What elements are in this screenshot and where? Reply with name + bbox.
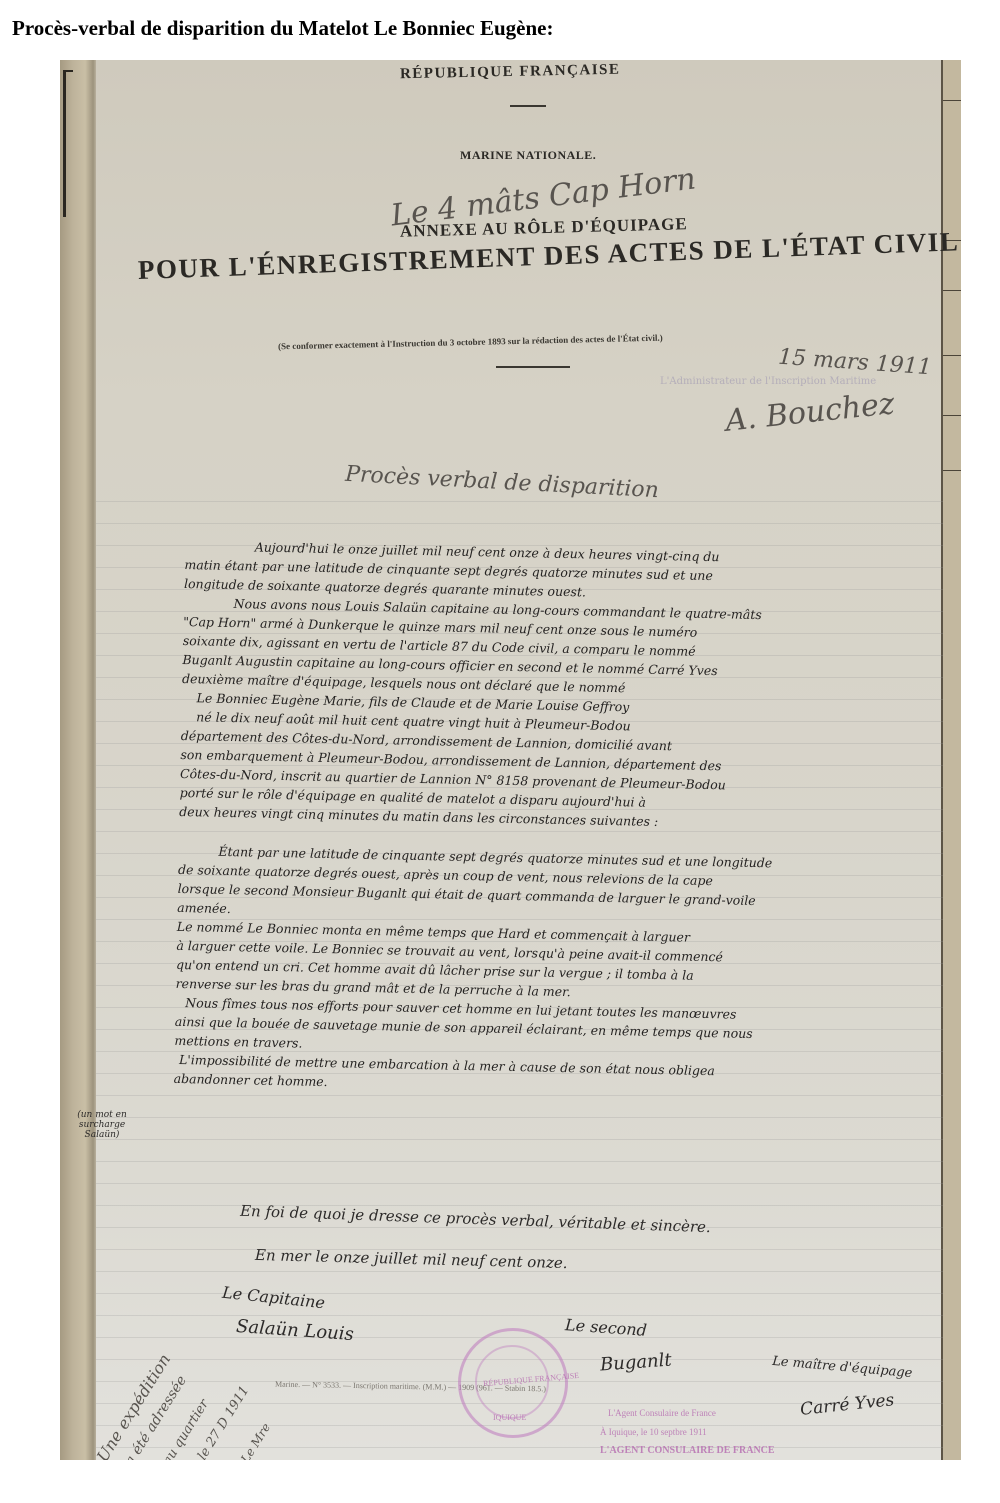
consular-stamp: RÉPUBLIQUE FRANÇAISE IQUIQUE	[458, 1328, 568, 1438]
consular-line-2: À Iquique, le 10 septbre 1911	[600, 1427, 707, 1437]
header-republic: RÉPUBLIQUE FRANÇAISE	[400, 62, 621, 84]
body-line: amenée.	[177, 900, 231, 916]
document-photo: RÉPUBLIQUE FRANÇAISE MARINE NATIONALE. L…	[60, 60, 961, 1460]
header-divider	[510, 105, 546, 107]
book-binding	[60, 60, 96, 1460]
consular-line-3: L'AGENT CONSULAIRE DE FRANCE	[600, 1445, 775, 1456]
header-divider-2	[496, 366, 570, 368]
stamp-bottom-text: IQUIQUE	[493, 1413, 526, 1422]
adjacent-page-edge	[941, 60, 961, 1460]
annotation-signature: A. Bouchez	[724, 386, 897, 439]
stamp-inner-text: RÉPUBLIQUE FRANÇAISE	[483, 1371, 580, 1388]
consular-line-1: L'Agent Consulaire de France	[608, 1408, 716, 1418]
binding-strap	[63, 70, 73, 217]
body-line: abandonner cet homme.	[174, 1071, 328, 1089]
faint-stamp-line: L'Administrateur de l'Inscription Mariti…	[660, 376, 876, 387]
page-caption: Procès-verbal de disparition du Matelot …	[12, 16, 554, 41]
annotation-date: 15 mars 1911	[777, 345, 932, 381]
body-line: mettions en travers.	[174, 1033, 302, 1051]
header-instruction: (Se conformer exactement à l'Instruction…	[278, 333, 663, 352]
margin-note: (un mot en surcharge Salaün)	[62, 1110, 142, 1140]
header-marine: MARINE NATIONALE.	[460, 148, 596, 163]
